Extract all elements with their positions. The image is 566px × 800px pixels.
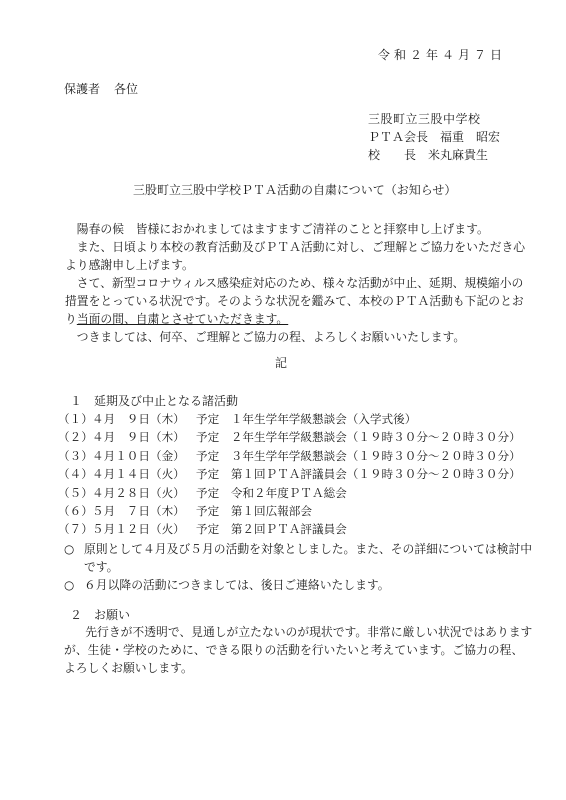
item-number: （２）: [58, 428, 92, 446]
list-item: （１）４月 ９日（木）予定 １年生学年学級懇談会（入学式後）: [58, 410, 521, 428]
item-event: １年生学年学級懇談会（入学式後）: [231, 412, 417, 426]
item-number: （４）: [58, 465, 92, 483]
item-event: ３年生学年学級懇談会（１９時３０分～２０時３０分）: [231, 449, 521, 463]
item-status: 予定: [196, 467, 219, 481]
circle-bullet-icon: ○: [64, 540, 84, 576]
announcement-paragraph: さて、新型コロナウィルス感染症対応のため、様々な活動が中止、延期、規模縮小の措置…: [65, 274, 535, 329]
item-number: （５）: [58, 484, 92, 502]
note-text: ６月以降の活動につきましては、後日ご連絡いたします。: [84, 576, 390, 594]
addressee-honorific: 各位: [114, 82, 138, 96]
list-item: （４）４月１４日（火）予定 第１回ＰＴＡ評議員会（１９時３０分～２０時３０分）: [58, 465, 521, 483]
section2-heading: ２ お願い: [70, 606, 130, 623]
item-status: 予定: [196, 522, 219, 536]
list-item: （６）５月 ７日（木）予定 第１回広報部会: [58, 502, 521, 520]
thanks-paragraph: また、日頃より本校の教育活動及びＰＴＡ活動に対し、ご理解とご協力をいただき心より…: [65, 238, 535, 274]
notes: ○ 原則として４月及び５月の活動を対象としました。また、その詳細については検討中…: [64, 540, 534, 595]
note-text: 原則として４月及び５月の活動を対象としました。また、その詳細については検討中です…: [84, 540, 534, 576]
sender-pta-president: ＰＴＡ会長 福重 昭宏: [368, 128, 500, 145]
list-item: （３）４月１０日（金）予定 ３年生学年学級懇談会（１９時３０分～２０時３０分）: [58, 447, 521, 465]
item-event: 第１回ＰＴＡ評議員会（１９時３０分～２０時３０分）: [231, 467, 521, 481]
item-event: 第１回広報部会: [231, 504, 312, 518]
request-paragraph: つきましては、何卒、ご理解とご協力の程、よろしくお願いいたします。: [65, 328, 535, 346]
list-item: （５）４月２８日（火）予定 令和２年度ＰＴＡ総会: [58, 484, 521, 502]
item-status: 予定: [196, 449, 219, 463]
item-status: 予定: [196, 486, 219, 500]
sender-principal: 校 長 米丸麻貴生: [368, 146, 488, 163]
greeting-paragraph: 陽春の候 皆様におかれましてはますますご清祥のことと拝察申し上げます。: [65, 220, 535, 238]
list-item: （２）４月 ９日（木）予定 ２年生学年学級懇談会（１９時３０分～２０時３０分）: [58, 428, 521, 446]
note-item: ○ 原則として４月及び５月の活動を対象としました。また、その詳細については検討中…: [64, 540, 534, 576]
item-status: 予定: [196, 504, 219, 518]
sender-school: 三股町立三股中学校: [368, 110, 481, 127]
list-item: （７）５月１２日（火）予定 第２回ＰＴＡ評議員会: [58, 520, 521, 538]
activity-list: （１）４月 ９日（木）予定 １年生学年学級懇談会（入学式後） （２）４月 ９日（…: [58, 410, 521, 539]
ki-heading: 記: [275, 354, 287, 371]
document-date: 令和２年４月７日: [378, 46, 506, 63]
item-status: 予定: [196, 430, 219, 444]
note-item: ○ ６月以降の活動につきましては、後日ご連絡いたします。: [64, 576, 534, 594]
section1-heading: １ 延期及び中止となる諸活動: [70, 392, 238, 409]
item-number: （１）: [58, 410, 92, 428]
item-date: ４月２８日（火）: [92, 484, 196, 502]
item-event: 令和２年度ＰＴＡ総会: [231, 486, 347, 500]
item-date: ５月１２日（火）: [92, 520, 196, 538]
item-date: ５月 ７日（木）: [92, 502, 196, 520]
item-date: ４月 ９日（木）: [92, 428, 196, 446]
addressee-recipient: 保護者: [64, 82, 100, 96]
item-event: ２年生学年学級懇談会（１９時３０分～２０時３０分）: [231, 430, 521, 444]
item-status: 予定: [196, 412, 219, 426]
item-number: （７）: [58, 520, 92, 538]
document-title: 三股町立三股中学校ＰＴＡ活動の自粛について（お知らせ）: [133, 181, 456, 198]
item-date: ４月１０日（金）: [92, 447, 196, 465]
announcement-underlined-text: 当面の間、自粛とさせていただきます。: [77, 312, 288, 326]
item-date: ４月 ９日（木）: [92, 410, 196, 428]
item-number: （６）: [58, 502, 92, 520]
item-event: 第２回ＰＴＡ評議員会: [231, 522, 347, 536]
addressee: 保護者各位: [64, 80, 152, 97]
circle-bullet-icon: ○: [64, 576, 84, 594]
item-number: （３）: [58, 447, 92, 465]
section2-text: 先行きが不透明で、見通しが立たないのが現状です。非常に厳しい状況ではありますが、…: [64, 623, 534, 678]
item-date: ４月１４日（火）: [92, 465, 196, 483]
